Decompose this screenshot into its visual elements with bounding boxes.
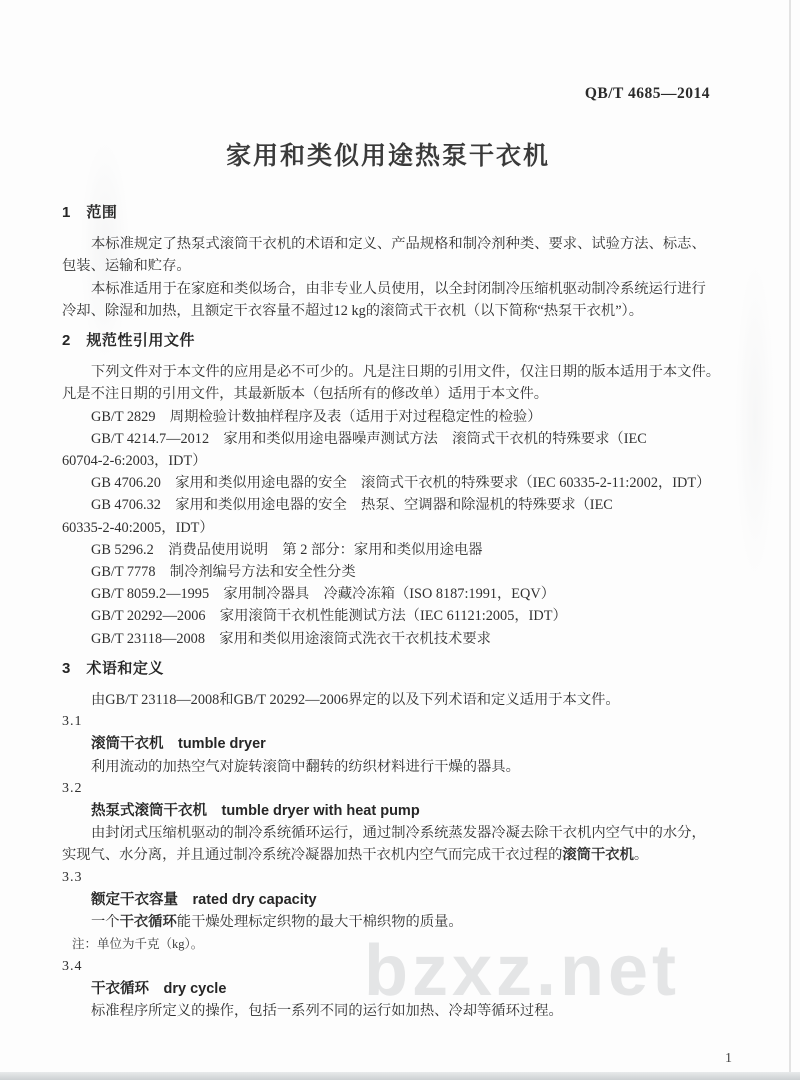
- text-run: 。: [634, 847, 648, 863]
- note-line: 注：单位为千克（kg）。: [62, 933, 714, 955]
- text-run: GB 4706.20 家用和类似用途电器的安全 滚筒式干衣机的特殊要求（IEC …: [91, 475, 710, 491]
- text-line: 60335-2-40:2005，IDT）: [62, 517, 714, 539]
- term-title: 额定干衣容量 rated dry capacity: [62, 889, 714, 911]
- text-run: 利用流动的加热空气对旋转滚筒中翻转的纺织材料进行干燥的器具。: [91, 759, 520, 775]
- text-run: 3.3: [62, 870, 83, 885]
- text-line: 本标准规定了热泵式滚筒干衣机的术语和定义、产品规格和制冷剂种类、要求、试验方法、…: [62, 233, 714, 255]
- text-line: GB/T 4214.7—2012 家用和类似用途电器噪声测试方法 滚筒式干衣机的…: [62, 428, 714, 450]
- text-line: GB/T 20292—2006 家用滚筒干衣机性能测试方法（IEC 61121:…: [62, 605, 714, 627]
- section-heading: 2 规范性引用文件: [62, 330, 714, 352]
- text-run: GB 4706.32 家用和类似用途电器的安全 热泵、空调器和除湿机的特殊要求（…: [91, 497, 613, 513]
- scan-smudge-right: [735, 260, 775, 580]
- text-run: GB/T 2829 周期检验计数抽样程序及表（适用于对过程稳定性的检验）: [91, 409, 542, 425]
- term-number: 3.1: [62, 711, 714, 733]
- text-run: 3.1: [62, 714, 83, 729]
- document-page: bzxz.net QB/T 4685—2014 家用和类似用途热泵干衣机 1 范…: [0, 0, 800, 1080]
- text-run: 下列文件对于本文件的应用是必不可少的。凡是注日期的引用文件，仅注日期的版本适用于…: [91, 364, 720, 380]
- scan-bottom-edge: [0, 1072, 800, 1080]
- text-run: 额定干衣容量 rated dry capacity: [91, 892, 317, 908]
- emphasized-text: 干衣循环: [120, 914, 177, 930]
- document-content: 家用和类似用途热泵干衣机 1 范围本标准规定了热泵式滚筒干衣机的术语和定义、产品…: [62, 140, 714, 1022]
- text-line: 一个干衣循环能干燥处理标定织物的最大干棉织物的质量。: [62, 911, 714, 933]
- text-run: 60335-2-40:2005，IDT）: [62, 520, 214, 536]
- text-line: 包装、运输和贮存。: [62, 255, 714, 277]
- document-title: 家用和类似用途热泵干衣机: [62, 140, 714, 172]
- text-run: 实现气、水分离，并且通过制冷系统冷凝器加热干衣机内空气而完成干衣过程的: [62, 847, 562, 863]
- document-body: 1 范围本标准规定了热泵式滚筒干衣机的术语和定义、产品规格和制冷剂种类、要求、试…: [62, 202, 714, 1022]
- text-run: 标准程序所定义的操作，包括一系列不同的运行如加热、冷却等循环过程。: [91, 1003, 563, 1019]
- term-title: 干衣循环 dry cycle: [62, 978, 714, 1000]
- text-run: 3.4: [62, 959, 83, 974]
- text-line: GB 4706.32 家用和类似用途电器的安全 热泵、空调器和除湿机的特殊要求（…: [62, 494, 714, 516]
- text-line: GB/T 23118—2008 家用和类似用途滚筒式洗衣干衣机技术要求: [62, 628, 714, 650]
- text-line: GB/T 7778 制冷剂编号方法和安全性分类: [62, 561, 714, 583]
- text-line: 下列文件对于本文件的应用是必不可少的。凡是注日期的引用文件，仅注日期的版本适用于…: [62, 361, 714, 383]
- term-number: 3.4: [62, 956, 714, 978]
- text-run: 2 规范性引用文件: [62, 332, 195, 349]
- text-line: 60704-2-6:2003，IDT）: [62, 450, 714, 472]
- text-run: 滚筒干衣机 tumble dryer: [91, 736, 266, 752]
- text-run: GB/T 23118—2008 家用和类似用途滚筒式洗衣干衣机技术要求: [91, 631, 491, 647]
- term-number: 3.3: [62, 867, 714, 889]
- text-run: 3 术语和定义: [62, 660, 164, 677]
- text-run: 干衣循环 dry cycle: [91, 981, 226, 997]
- text-run: GB/T 4214.7—2012 家用和类似用途电器噪声测试方法 滚筒式干衣机的…: [91, 431, 647, 447]
- text-run: GB/T 8059.2—1995 家用制冷器具 冷藏冷冻箱（ISO 8187:1…: [91, 586, 555, 602]
- text-run: 热泵式滚筒干衣机 tumble dryer with heat pump: [91, 803, 420, 819]
- text-run: GB/T 7778 制冷剂编号方法和安全性分类: [91, 564, 356, 580]
- text-run: GB/T 20292—2006 家用滚筒干衣机性能测试方法（IEC 61121:…: [91, 608, 567, 624]
- scan-edge-line: [789, 0, 791, 1072]
- text-line: 标准程序所定义的操作，包括一系列不同的运行如加热、冷却等循环过程。: [62, 1000, 714, 1022]
- text-run: 由GB/T 23118—2008和GB/T 20292—2006界定的以及下列术…: [91, 692, 620, 708]
- text-line: GB 5296.2 消费品使用说明 第 2 部分：家用和类似用途电器: [62, 539, 714, 561]
- emphasized-text: 滚筒干衣机: [562, 847, 633, 863]
- text-line: 冷却、除湿和加热，且额定干衣容量不超过12 kg的滚筒式干衣机（以下简称“热泵干…: [62, 300, 714, 322]
- text-line: 凡是不注日期的引用文件，其最新版本（包括所有的修改单）适用于本文件。: [62, 383, 714, 405]
- text-run: 由封闭式压缩机驱动的制冷系统循环运行，通过制冷系统蒸发器冷凝去除干衣机内空气中的…: [91, 825, 706, 841]
- text-run: 能干燥处理标定织物的最大干棉织物的质量。: [177, 914, 463, 930]
- text-run: 本标准适用于在家庭和类似场合，由非专业人员使用，以全封闭制冷压缩机驱动制冷系统运…: [91, 281, 706, 297]
- text-line: 由封闭式压缩机驱动的制冷系统循环运行，通过制冷系统蒸发器冷凝去除干衣机内空气中的…: [62, 822, 714, 844]
- text-line: 本标准适用于在家庭和类似场合，由非专业人员使用，以全封闭制冷压缩机驱动制冷系统运…: [62, 278, 714, 300]
- text-run: 注：单位为千克（kg）。: [72, 937, 203, 951]
- term-number: 3.2: [62, 778, 714, 800]
- text-line: GB/T 2829 周期检验计数抽样程序及表（适用于对过程稳定性的检验）: [62, 406, 714, 428]
- section-heading: 3 术语和定义: [62, 658, 714, 680]
- text-run: 3.2: [62, 781, 83, 796]
- text-run: 凡是不注日期的引用文件，其最新版本（包括所有的修改单）适用于本文件。: [62, 386, 548, 402]
- text-run: 一个: [91, 914, 120, 930]
- text-run: 1 范围: [62, 204, 117, 221]
- text-line: 实现气、水分离，并且通过制冷系统冷凝器加热干衣机内空气而完成干衣过程的滚筒干衣机…: [62, 844, 714, 866]
- text-line: 利用流动的加热空气对旋转滚筒中翻转的纺织材料进行干燥的器具。: [62, 756, 714, 778]
- section-heading: 1 范围: [62, 202, 714, 224]
- text-line: GB/T 8059.2—1995 家用制冷器具 冷藏冷冻箱（ISO 8187:1…: [62, 583, 714, 605]
- text-run: 包装、运输和贮存。: [62, 258, 191, 274]
- text-line: 由GB/T 23118—2008和GB/T 20292—2006界定的以及下列术…: [62, 689, 714, 711]
- text-run: GB 5296.2 消费品使用说明 第 2 部分：家用和类似用途电器: [91, 542, 483, 558]
- page-number: 1: [725, 1050, 732, 1068]
- text-run: 60704-2-6:2003，IDT）: [62, 453, 207, 469]
- term-title: 滚筒干衣机 tumble dryer: [62, 733, 714, 755]
- text-line: GB 4706.20 家用和类似用途电器的安全 滚筒式干衣机的特殊要求（IEC …: [62, 472, 714, 494]
- text-run: 冷却、除湿和加热，且额定干衣容量不超过12 kg的滚筒式干衣机（以下简称“热泵干…: [62, 303, 643, 319]
- term-title: 热泵式滚筒干衣机 tumble dryer with heat pump: [62, 800, 714, 822]
- text-run: 本标准规定了热泵式滚筒干衣机的术语和定义、产品规格和制冷剂种类、要求、试验方法、…: [91, 236, 706, 252]
- standard-code: QB/T 4685—2014: [0, 0, 800, 104]
